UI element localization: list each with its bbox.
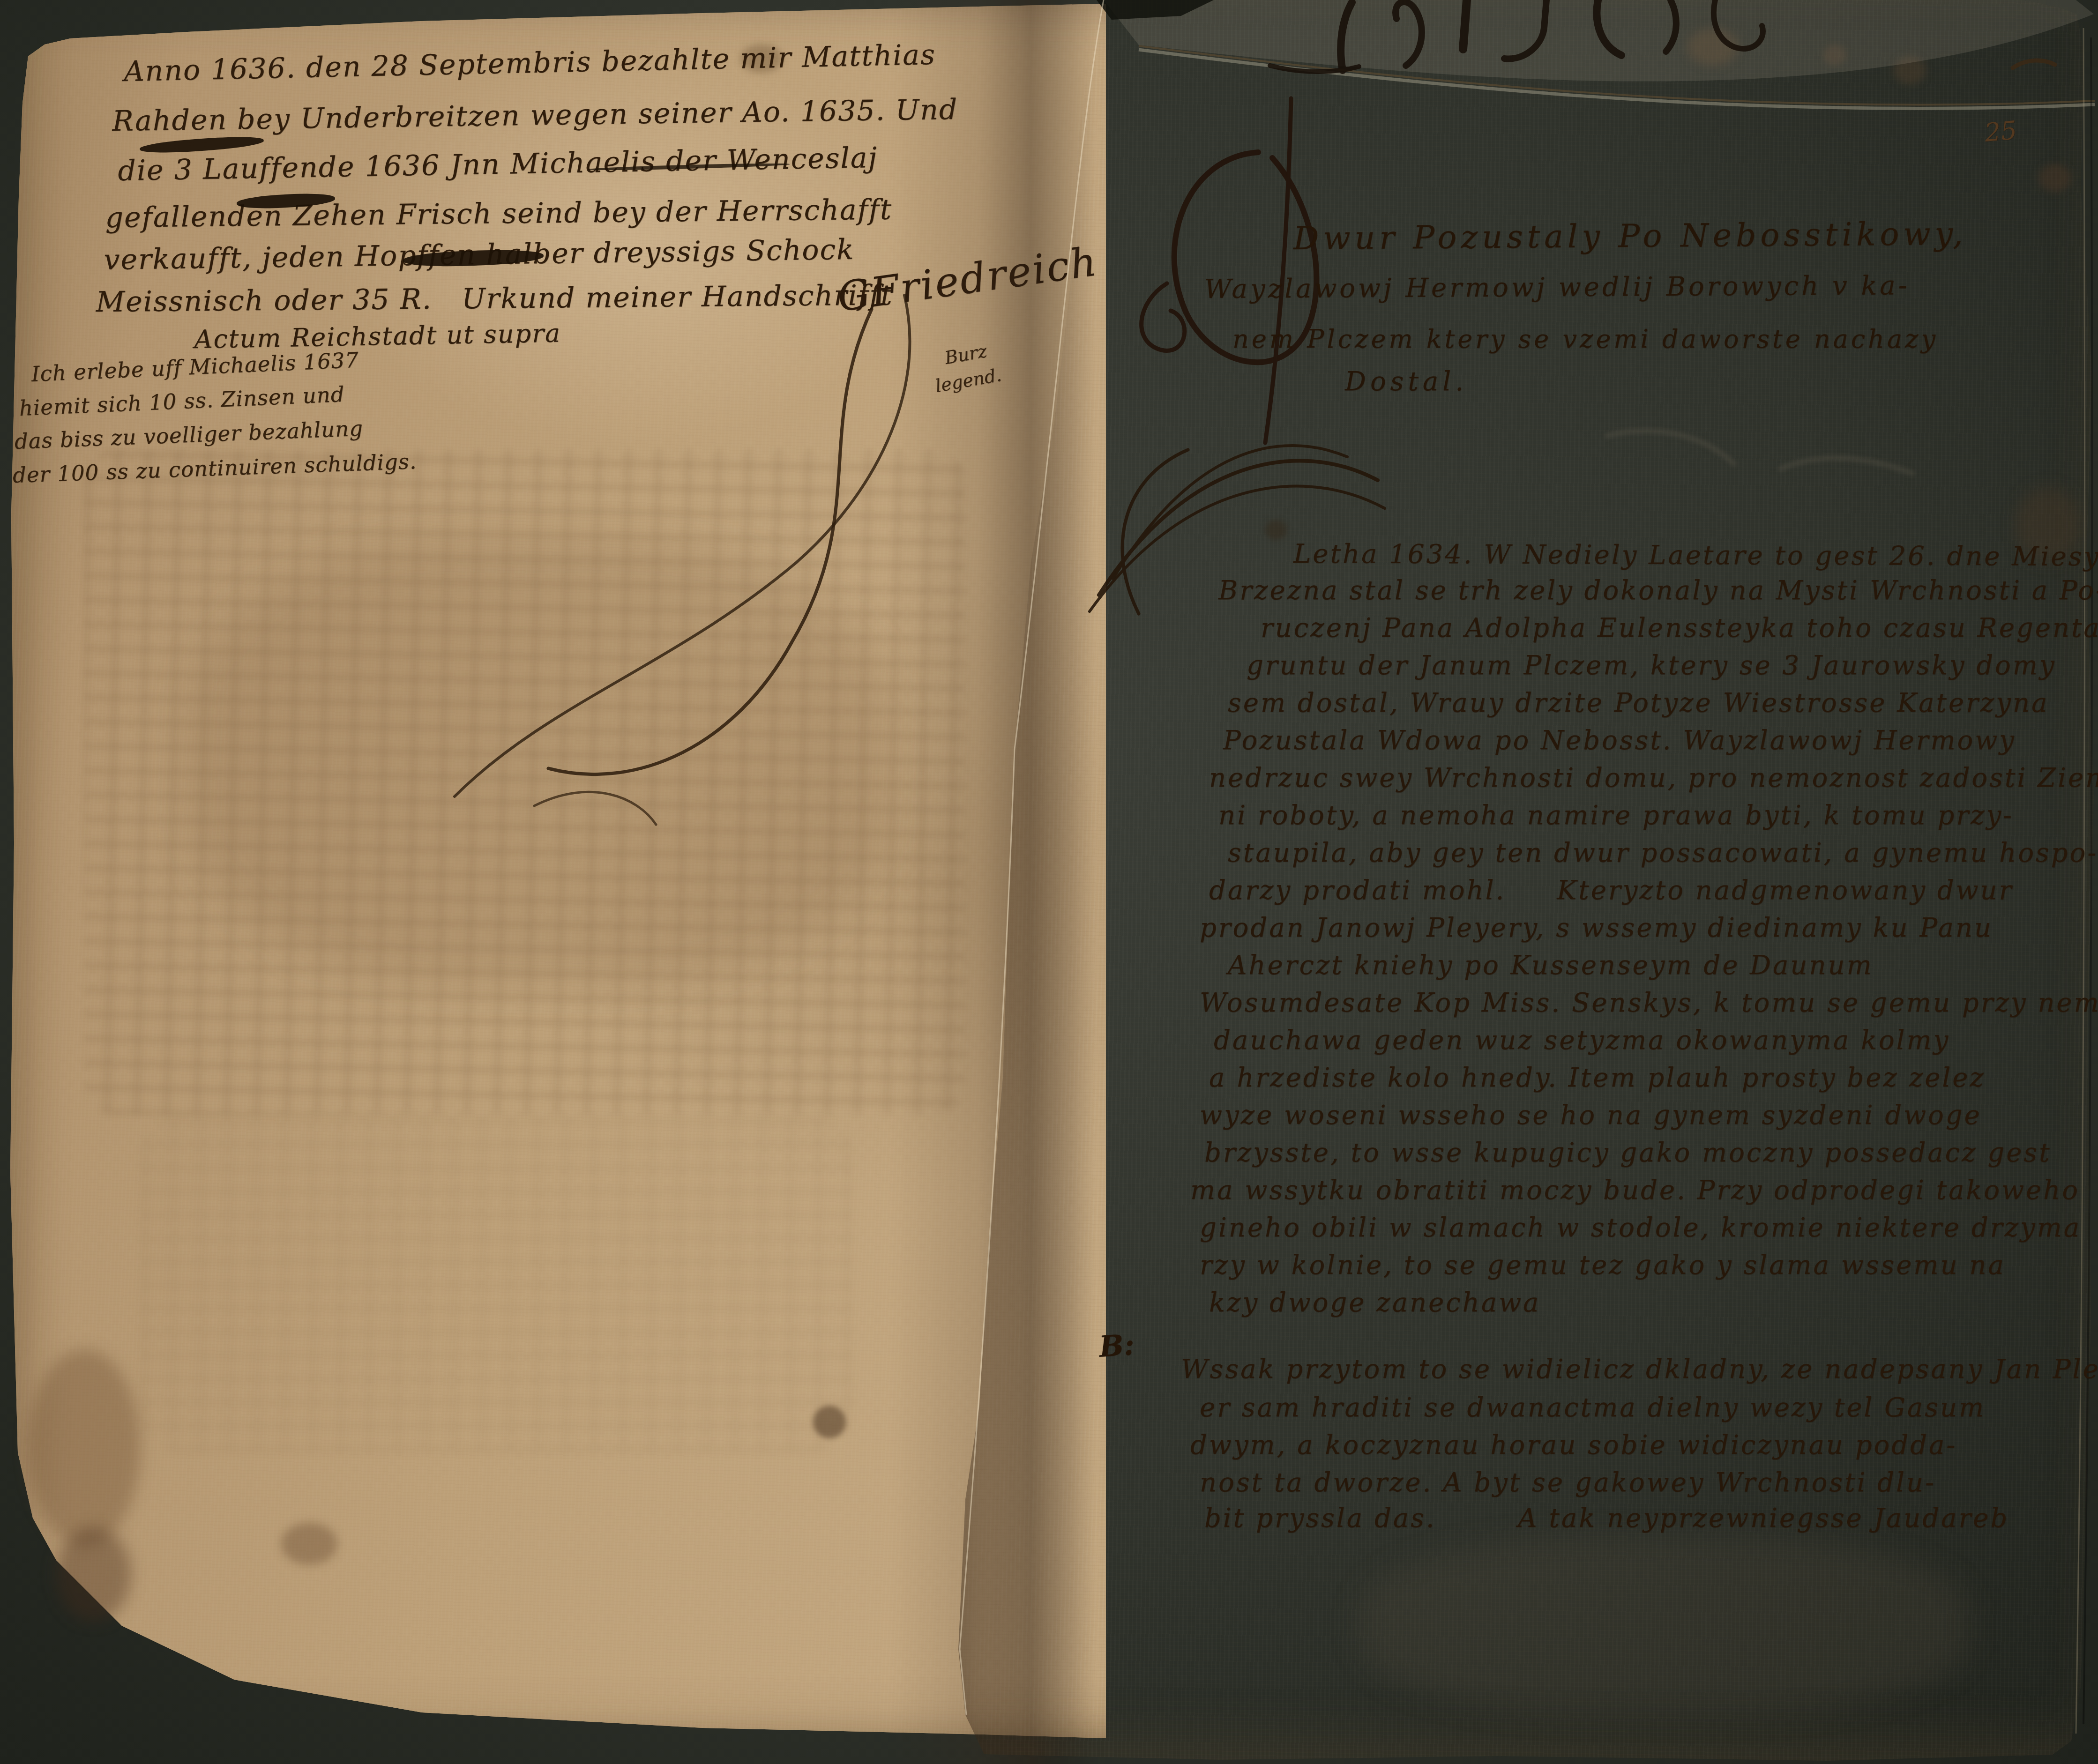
body-line: ruczenj Pana Adolpha Eulenssteyka toho c… [1261, 613, 2098, 643]
body-line: Brzezna stal se trh zely dokonaly na Mys… [1218, 575, 2098, 606]
body-line: ni roboty, a nemoha namire prawa byti, k… [1218, 800, 2014, 831]
body-line: brzysste, to wsse kupugicy gako moczny p… [1204, 1138, 2052, 1168]
closing-line: nost ta dworze. A byt se gakowey Wrchnos… [1200, 1467, 1936, 1498]
title-line: Wayzlawowj Hermowj wedlij Borowych v ka- [1204, 270, 1910, 305]
body-line: prodan Janowj Pleyery, s wssemy diedinam… [1200, 913, 1993, 943]
title-line: Dwur Pozustaly Po Nebosstikowy, [1293, 216, 1967, 257]
body-line: gruntu der Janum Plczem, ktery se 3 Jaur… [1247, 650, 2056, 681]
body-line: wyze woseni wsseho se ho na gynem syzden… [1200, 1100, 1982, 1131]
body-line: kzy dwoge zanechawa [1209, 1288, 1540, 1318]
trimmed-header-strokes [1242, 0, 1828, 80]
closing-line: bit pryssla das. A tak neyprzewniegsse J… [1204, 1503, 2009, 1533]
folio-number: 25 [1984, 115, 2018, 148]
body-line: Wosumdesate Kop Miss. Senskys, k tomu se… [1200, 988, 2098, 1018]
title-line: Dostal. [1345, 366, 1468, 397]
closing-line: dwym, a koczyznau horau sobie widiczynau… [1190, 1430, 1957, 1460]
manuscript-scan: Anno 1636. den 28 Septembris bezahlte mi… [0, 0, 2098, 1764]
body-line: Aherczt kniehy po Kussenseym de Daunum [1228, 950, 1874, 981]
body-line: Letha 1634. W Nediely Laetare to gest 26… [1293, 539, 2098, 572]
body-line: staupila, aby gey ten dwur possacowati, … [1228, 838, 2098, 868]
body-line: ma wssytku obratiti moczy bude. Przy odp… [1190, 1175, 2080, 1206]
body-line: dauchawa geden wuz setyzma okowanyma kol… [1214, 1025, 1950, 1056]
edge-ink-mark [2006, 47, 2062, 75]
body-line: nedrzuc swey Wrchnosti domu, pro nemozno… [1209, 763, 2098, 793]
body-line: a hrzediste kolo hnedy. Item plauh prost… [1209, 1063, 1986, 1093]
body-line: Pozustala Wdowa po Nebosst. Wayzlawowj H… [1223, 725, 2016, 756]
title-line: nem Plczem ktery se vzemi daworste nacha… [1232, 324, 1938, 354]
margin-note: B: [1098, 1327, 1135, 1364]
body-line: gineho obili w slamach w stodole, kromie… [1200, 1213, 2081, 1243]
body-line: rzy w kolnie, to se gemu tez gako y slam… [1200, 1250, 2006, 1280]
body-line: darzy prodati mohl. Kteryzto nadgmenowan… [1209, 875, 2013, 906]
closing-line: er sam hraditi se dwanactma dielny wezy … [1200, 1392, 1986, 1423]
closing-line: Wssak przytom to se widielicz dkladny, z… [1181, 1354, 2098, 1384]
body-line: sem dostal, Wrauy drzite Potyze Wiestros… [1228, 688, 2049, 718]
